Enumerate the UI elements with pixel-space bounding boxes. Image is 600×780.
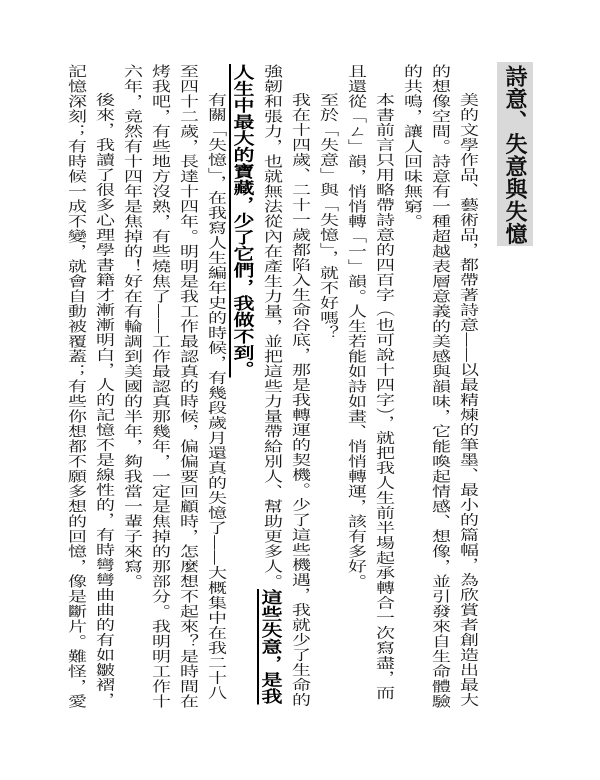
chapter-title: 詩意、失意與失憶 [497, 62, 533, 245]
book-page: 詩意、失意與失憶 美的文學作品、藝術品，都帶著詩意——以最精煉的筆墨、最小的篇幅… [0, 0, 600, 780]
paragraph-6-text: 後來，我讀了很多心理學書籍才漸漸明白，人的記憶不是線性的，有時彎彎曲曲的有如皺褶… [65, 64, 114, 709]
chapter-title-box: 詩意、失意與失憶 [497, 62, 533, 246]
paragraph-1: 美的文學作品、藝術品，都帶著詩意——以最精煉的筆墨、最小的篇幅，為欣賞者創造出最… [397, 64, 481, 711]
paragraph-4: 我在十四歲、二十一歲都陷入生命谷底，那是我轉運的契機。少了這些機遇，我就少了生命… [229, 64, 313, 711]
body-text: 美的文學作品、藝術品，都帶著詩意——以最精煉的筆墨、最小的篇幅，為欣賞者創造出最… [61, 64, 481, 711]
paragraph-3: 至於「失意」與「失憶」，就不好嗎？ [313, 64, 341, 711]
paragraph-5: 有關「失憶」，在我寫人生編年史的時候，有幾段歲月還真的失憶了——大概集中在我二十… [117, 64, 229, 711]
paragraph-3-text: 至於「失意」與「失憶」，就不好嗎？ [317, 93, 338, 341]
paragraph-5-text: 有關「失憶」，在我寫人生編年史的時候，有幾段歲月還真的失憶了——大概集中在我二十… [121, 64, 226, 709]
paragraph-6: 後來，我讀了很多心理學書籍才漸漸明白，人的記憶不是線性的，有時彎彎曲曲的有如皺褶… [61, 64, 117, 711]
paragraph-2: 本書前言只用略帶詩意的四百字（也可說十四字），就把我人生前半場起承轉合一次寫盡，… [341, 64, 397, 711]
paragraph-2-text: 本書前言只用略帶詩意的四百字（也可說十四字），就把我人生前半場起承轉合一次寫盡，… [345, 64, 394, 700]
paragraph-1-text: 美的文學作品、藝術品，都帶著詩意——以最精煉的筆墨、最小的篇幅，為欣賞者創造出最… [401, 64, 478, 709]
